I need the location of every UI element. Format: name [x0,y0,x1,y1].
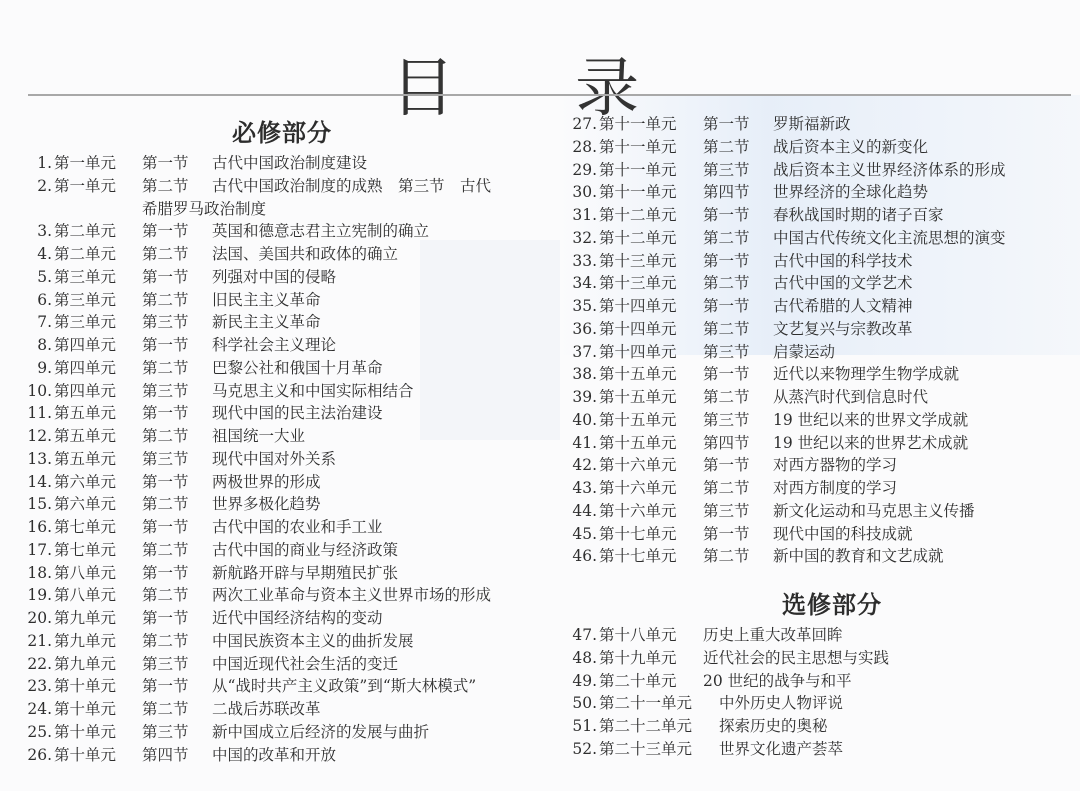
entry-number: 30. [545,181,597,203]
entry-title: 古代中国的文学艺术 [773,272,913,294]
entry-title-continuation: 希腊罗马政治制度 [142,198,266,220]
entry-title: 现代中国的科技成就 [773,523,913,545]
toc-entry[interactable]: 32.第十二单元第二节中国古代传统文化主流思想的演变 [545,227,1006,249]
toc-entry[interactable]: 34.第十三单元第二节古代中国的文学艺术 [545,272,913,294]
entry-title: 新文化运动和马克思主义传播 [773,500,975,522]
toc-entry[interactable]: 14.第六单元第一节两极世界的形成 [0,471,321,493]
entry-section: 第二节 [703,272,773,294]
entry-unit: 第十单元 [54,721,142,743]
entry-title: 马克思主义和中国实际相结合 [212,380,414,402]
entry-title: 中国民族资本主义的曲折发展 [212,630,414,652]
entry-title: 列强对中国的侵略 [212,266,336,288]
entry-unit: 第三单元 [54,266,142,288]
entry-title: 世界文化遗产荟萃 [719,738,843,760]
toc-entry[interactable]: 28.第十一单元第二节战后资本主义的新变化 [545,136,928,158]
entry-unit: 第十四单元 [599,318,703,340]
toc-entry[interactable]: 10.第四单元第三节马克思主义和中国实际相结合 [0,380,414,402]
entry-unit: 第十二单元 [599,204,703,226]
toc-entry[interactable]: 38.第十五单元第一节近代以来物理学生物学成就 [545,363,959,385]
entry-section: 第二节 [142,243,212,265]
entry-title: 两极世界的形成 [212,471,321,493]
background-watermark-2 [420,240,560,440]
entry-title: 近代中国经济结构的变动 [212,607,383,629]
entry-title: 新航路开辟与早期殖民扩张 [212,562,398,584]
entry-unit: 第十三单元 [599,250,703,272]
entry-number: 20. [0,607,52,629]
toc-entry[interactable]: 42.第十六单元第一节对西方器物的学习 [545,454,897,476]
entry-unit: 第二十单元 [599,670,703,692]
entry-number: 24. [0,698,52,720]
entry-title: 两次工业革命与资本主义世界市场的形成 [212,584,491,606]
entry-number: 8. [0,334,52,356]
entry-unit: 第九单元 [54,607,142,629]
entry-section: 第三节 [142,380,212,402]
toc-entry[interactable]: 44.第十六单元第三节新文化运动和马克思主义传播 [545,500,975,522]
entry-section: 第二节 [142,493,212,515]
entry-section: 第二节 [142,425,212,447]
title-divider [28,94,1071,96]
entry-unit: 第五单元 [54,402,142,424]
entry-title: 对西方制度的学习 [773,477,897,499]
entry-section: 第一节 [703,523,773,545]
toc-entry[interactable]: 4.第二单元第二节法国、美国共和政体的确立 [0,243,398,265]
entry-number: 4. [0,243,52,265]
entry-unit: 第六单元 [54,471,142,493]
toc-entry[interactable]: 50.第二十一单元中外历史人物评说 [545,692,843,714]
entry-number: 17. [0,539,52,561]
entry-unit: 第十五单元 [599,386,703,408]
toc-entry[interactable]: 33.第十三单元第一节古代中国的科学技术 [545,250,913,272]
toc-entry[interactable]: 39.第十五单元第二节从蒸汽时代到信息时代 [545,386,928,408]
toc-entry[interactable]: 11.第五单元第一节现代中国的民主法治建设 [0,402,383,424]
toc-entry[interactable]: 18.第八单元第一节新航路开辟与早期殖民扩张 [0,562,398,584]
entry-section: 第一节 [142,607,212,629]
entry-unit: 第九单元 [54,653,142,675]
entry-section: 第二节 [703,386,773,408]
entry-title: 近代社会的民主思想与实践 [703,647,889,669]
entry-number: 49. [545,670,597,692]
toc-entry[interactable]: 52.第二十三单元世界文化遗产荟萃 [545,738,843,760]
entry-number: 37. [545,341,597,363]
toc-entry[interactable]: 29.第十一单元第三节战后资本主义世界经济体系的形成 [545,159,1006,181]
elective-section-heading: 选修部分 [782,585,882,620]
entry-section: 第二节 [703,545,773,567]
entry-title: 世界多极化趋势 [212,493,321,515]
entry-unit: 第三单元 [54,289,142,311]
toc-entry[interactable]: 2.第一单元第二节古代中国政治制度的成熟 第三节 古代 [0,175,491,197]
entry-unit: 第十三单元 [599,272,703,294]
entry-title: 对西方器物的学习 [773,454,897,476]
toc-entry[interactable]: 51.第二十二单元探索历史的奥秘 [545,715,828,737]
entry-title: 旧民主主义革命 [212,289,321,311]
toc-entry[interactable]: 46.第十七单元第二节新中国的教育和文艺成就 [545,545,944,567]
entry-number: 51. [545,715,597,737]
entry-number: 13. [0,448,52,470]
entry-section: 第二节 [142,175,212,197]
entry-title: 现代中国的民主法治建设 [212,402,383,424]
entry-number: 45. [545,523,597,545]
entry-unit: 第三单元 [54,311,142,333]
entry-section: 第一节 [142,675,212,697]
entry-title: 古代中国的科学技术 [773,250,913,272]
toc-entry[interactable]: 22.第九单元第三节中国近现代社会生活的变迁 [0,653,398,675]
entry-section: 第一节 [142,334,212,356]
entry-unit: 第十单元 [54,698,142,720]
entry-unit: 第五单元 [54,425,142,447]
entry-number: 44. [545,500,597,522]
entry-title: 探索历史的奥秘 [719,715,828,737]
entry-number: 50. [545,692,597,714]
entry-unit: 第十一单元 [599,159,703,181]
entry-number: 26. [0,744,52,766]
entry-unit: 第七单元 [54,539,142,561]
toc-entry[interactable]: 26.第十单元第四节中国的改革和开放 [0,744,336,766]
toc-entry[interactable]: 6.第三单元第二节旧民主主义革命 [0,289,321,311]
entry-unit: 第十一单元 [599,136,703,158]
entry-title: 英国和德意志君主立宪制的确立 [212,220,429,242]
entry-title: 古代希腊的人文精神 [773,295,913,317]
entry-unit: 第九单元 [54,630,142,652]
entry-number: 36. [545,318,597,340]
toc-entry[interactable]: 31.第十二单元第一节春秋战国时期的诸子百家 [545,204,944,226]
toc-entry[interactable]: 7.第三单元第三节新民主主义革命 [0,311,321,333]
entry-number: 14. [0,471,52,493]
entry-title: 二战后苏联改革 [212,698,321,720]
entry-number: 41. [545,432,597,454]
toc-entry[interactable]: 27.第十一单元第一节罗斯福新政 [545,113,851,135]
toc-entry[interactable]: 45.第十七单元第一节现代中国的科技成就 [545,523,913,545]
entry-unit: 第八单元 [54,584,142,606]
entry-unit: 第十六单元 [599,454,703,476]
entry-number: 18. [0,562,52,584]
entry-number: 19. [0,584,52,606]
entry-section: 第一节 [142,402,212,424]
entry-number: 39. [545,386,597,408]
entry-section: 第一节 [703,454,773,476]
entry-title: 从蒸汽时代到信息时代 [773,386,928,408]
entry-unit: 第十五单元 [599,432,703,454]
entry-section: 第一节 [703,363,773,385]
entry-unit: 第四单元 [54,357,142,379]
entry-number: 47. [545,624,597,646]
entry-number: 38. [545,363,597,385]
entry-title: 祖国统一大业 [212,425,305,447]
entry-number: 1. [0,152,52,174]
entry-title: 战后资本主义的新变化 [773,136,928,158]
entry-title: 古代中国政治制度建设 [212,152,367,174]
entry-number: 35. [545,295,597,317]
entry-unit: 第一单元 [54,175,142,197]
entry-title: 现代中国对外关系 [212,448,336,470]
entry-unit: 第二单元 [54,243,142,265]
toc-entry[interactable]: 37.第十四单元第三节启蒙运动 [545,341,835,363]
toc-entry[interactable]: 8.第四单元第一节科学社会主义理论 [0,334,336,356]
entry-title: 中国的改革和开放 [212,744,336,766]
entry-title: 中外历史人物评说 [719,692,843,714]
toc-entry[interactable]: 25.第十单元第三节新中国成立后经济的发展与曲折 [0,721,429,743]
entry-number: 9. [0,357,52,379]
entry-section: 第二节 [703,136,773,158]
entry-number: 28. [545,136,597,158]
entry-title: 古代中国政治制度的成熟 第三节 古代 [212,175,491,197]
entry-number: 23. [0,675,52,697]
toc-entry[interactable]: 30.第十一单元第四节世界经济的全球化趋势 [545,181,928,203]
entry-unit: 第十七单元 [599,545,703,567]
entry-number: 22. [0,653,52,675]
entry-section: 第三节 [703,159,773,181]
toc-entry[interactable]: 15.第六单元第二节世界多极化趋势 [0,493,321,515]
entry-section: 第一节 [142,266,212,288]
entry-title: 春秋战国时期的诸子百家 [773,204,944,226]
entry-section: 第一节 [142,562,212,584]
entry-unit: 第二十三单元 [599,738,719,760]
toc-entry[interactable]: 20.第九单元第一节近代中国经济结构的变动 [0,607,383,629]
entry-section: 第三节 [703,409,773,431]
entry-section: 第二节 [703,477,773,499]
entry-unit: 第十一单元 [599,181,703,203]
toc-entry[interactable]: 49.第二十单元20 世纪的战争与和平 [545,670,852,692]
entry-number: 33. [545,250,597,272]
entry-section: 第三节 [703,341,773,363]
entry-number: 21. [0,630,52,652]
entry-section: 第二节 [703,227,773,249]
entry-number: 7. [0,311,52,333]
entry-section: 第二节 [142,289,212,311]
toc-entry[interactable]: 5.第三单元第一节列强对中国的侵略 [0,266,336,288]
entry-unit: 第五单元 [54,448,142,470]
entry-section: 第三节 [142,653,212,675]
toc-entry[interactable]: 23.第十单元第一节从“战时共产主义政策”到“斯大林模式” [0,675,476,697]
entry-title: 19 世纪以来的世界文学成就 [773,409,968,431]
toc-entry[interactable]: 21.第九单元第二节中国民族资本主义的曲折发展 [0,630,414,652]
toc-entry[interactable]: 19.第八单元第二节两次工业革命与资本主义世界市场的形成 [0,584,491,606]
entry-title: 世界经济的全球化趋势 [773,181,928,203]
entry-number: 6. [0,289,52,311]
entry-number: 27. [545,113,597,135]
entry-section: 第二节 [703,318,773,340]
entry-section: 第四节 [142,744,212,766]
toc-entry[interactable]: 1.第一单元第一节古代中国政治制度建设 [0,152,367,174]
entry-title: 从“战时共产主义政策”到“斯大林模式” [212,675,476,697]
entry-number: 48. [545,647,597,669]
toc-entry[interactable]: 12.第五单元第二节祖国统一大业 [0,425,305,447]
entry-title: 历史上重大改革回眸 [703,624,843,646]
entry-title: 古代中国的农业和手工业 [212,516,383,538]
entry-section: 第一节 [142,516,212,538]
toc-entry[interactable]: 16.第七单元第一节古代中国的农业和手工业 [0,516,383,538]
entry-title: 中国古代传统文化主流思想的演变 [773,227,1006,249]
entry-title: 巴黎公社和俄国十月革命 [212,357,383,379]
entry-section: 第一节 [703,113,773,135]
entry-unit: 第十五单元 [599,363,703,385]
entry-unit: 第十六单元 [599,477,703,499]
entry-title: 文艺复兴与宗教改革 [773,318,913,340]
entry-number: 42. [545,454,597,476]
required-section-heading: 必修部分 [232,113,332,148]
toc-entry[interactable]: 9.第四单元第二节巴黎公社和俄国十月革命 [0,357,383,379]
entry-title: 近代以来物理学生物学成就 [773,363,959,385]
entry-number: 31. [545,204,597,226]
entry-title: 罗斯福新政 [773,113,851,135]
entry-number: 16. [0,516,52,538]
entry-number: 34. [545,272,597,294]
entry-section: 第一节 [703,295,773,317]
entry-title: 20 世纪的战争与和平 [703,670,852,692]
entry-section: 第三节 [142,311,212,333]
entry-unit: 第四单元 [54,334,142,356]
entry-number: 25. [0,721,52,743]
toc-entry[interactable]: 43.第十六单元第二节对西方制度的学习 [545,477,897,499]
entry-title: 新中国成立后经济的发展与曲折 [212,721,429,743]
entry-title: 科学社会主义理论 [212,334,336,356]
toc-entry[interactable]: 13.第五单元第三节现代中国对外关系 [0,448,336,470]
entry-number: 11. [0,402,52,424]
entry-number: 2. [0,175,52,197]
entry-unit: 第十一单元 [599,113,703,135]
entry-title: 中国近现代社会生活的变迁 [212,653,398,675]
entry-section: 第二节 [142,357,212,379]
entry-number: 15. [0,493,52,515]
entry-section: 第三节 [142,448,212,470]
entry-unit: 第二十二单元 [599,715,719,737]
entry-unit: 第十二单元 [599,227,703,249]
entry-section: 第四节 [703,181,773,203]
entry-title: 新民主主义革命 [212,311,321,333]
entry-section: 第一节 [703,250,773,272]
entry-section: 第三节 [142,721,212,743]
entry-section: 第四节 [703,432,773,454]
entry-title: 战后资本主义世界经济体系的形成 [773,159,1006,181]
toc-entry[interactable]: 35.第十四单元第一节古代希腊的人文精神 [545,295,913,317]
entry-unit: 第十六单元 [599,500,703,522]
entry-unit: 第十八单元 [599,624,703,646]
toc-entry[interactable]: 24.第十单元第二节二战后苏联改革 [0,698,321,720]
entry-unit: 第七单元 [54,516,142,538]
toc-entry[interactable]: 40.第十五单元第三节19 世纪以来的世界文学成就 [545,409,968,431]
entry-section: 第二节 [142,630,212,652]
entry-unit: 第十四单元 [599,295,703,317]
entry-unit: 第十五单元 [599,409,703,431]
entry-section: 第一节 [142,152,212,174]
entry-number: 29. [545,159,597,181]
entry-section: 第一节 [142,220,212,242]
entry-number: 40. [545,409,597,431]
entry-title: 古代中国的商业与经济政策 [212,539,398,561]
entry-title: 19 世纪以来的世界艺术成就 [773,432,968,454]
entry-unit: 第一单元 [54,152,142,174]
page-title: 目 录 [0,57,1080,121]
entry-number: 3. [0,220,52,242]
entry-number: 46. [545,545,597,567]
entry-number: 32. [545,227,597,249]
entry-unit: 第二单元 [54,220,142,242]
entry-section: 第一节 [142,471,212,493]
entry-section: 第一节 [703,204,773,226]
entry-number: 12. [0,425,52,447]
toc-entry[interactable]: 41.第十五单元第四节19 世纪以来的世界艺术成就 [545,432,968,454]
entry-title: 新中国的教育和文艺成就 [773,545,944,567]
entry-number: 10. [0,380,52,402]
entry-title: 启蒙运动 [773,341,835,363]
entry-unit: 第十单元 [54,744,142,766]
entry-unit: 第二十一单元 [599,692,719,714]
entry-unit: 第六单元 [54,493,142,515]
entry-unit: 第十四单元 [599,341,703,363]
entry-unit: 第十九单元 [599,647,703,669]
entry-section: 第三节 [703,500,773,522]
entry-unit: 第十单元 [54,675,142,697]
entry-section: 第二节 [142,539,212,561]
entry-number: 52. [545,738,597,760]
toc-entry[interactable]: 17.第七单元第二节古代中国的商业与经济政策 [0,539,398,561]
entry-section: 第二节 [142,584,212,606]
entry-number: 43. [545,477,597,499]
toc-entry[interactable]: 36.第十四单元第二节文艺复兴与宗教改革 [545,318,913,340]
toc-entry[interactable]: 47.第十八单元历史上重大改革回眸 [545,624,843,646]
entry-title: 法国、美国共和政体的确立 [212,243,398,265]
toc-entry[interactable]: 48.第十九单元近代社会的民主思想与实践 [545,647,889,669]
entry-number: 5. [0,266,52,288]
entry-unit: 第八单元 [54,562,142,584]
entry-unit: 第十七单元 [599,523,703,545]
toc-entry[interactable]: 3.第二单元第一节英国和德意志君主立宪制的确立 [0,220,429,242]
entry-unit: 第四单元 [54,380,142,402]
entry-section: 第二节 [142,698,212,720]
